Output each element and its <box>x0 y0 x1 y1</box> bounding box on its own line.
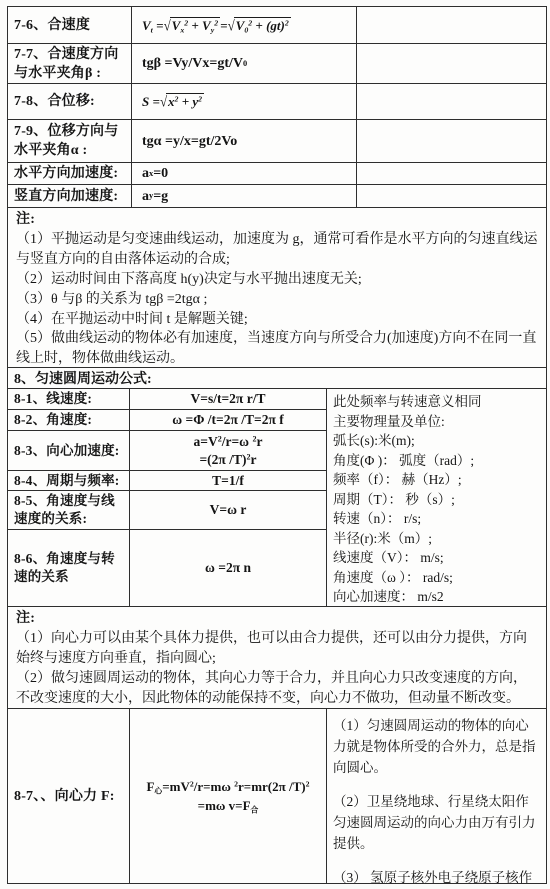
circular-motion-table: 8-1、线速度: V=s/t=2π r/T 此处频率与转速意义相同 主要物理量及… <box>8 388 546 606</box>
formula-7-6-radicand-1: Vx2 + Vy2 <box>170 17 220 35</box>
row-label-8-1: 8-1、线速度: <box>8 389 129 409</box>
sqrt-term: √x2 + y2 <box>160 92 204 111</box>
formula-8-5: V=ω r <box>129 490 326 529</box>
note-item-1: （1）平抛运动是匀变速曲线运动，加速度为 g，通常可看作是水平方向的匀速直线运与… <box>16 230 538 270</box>
radical-icon: √ <box>228 14 235 35</box>
formula-8-3-line-1: a=V2/r=ω 2r <box>194 433 263 451</box>
note-item-4: （4）在平抛运动中时间 t 是解题关键; <box>16 310 538 330</box>
formula-8-3-line-2: =(2π /T)2r <box>199 451 256 469</box>
formula-8-7-line-2: =mω v=F合 <box>198 796 259 815</box>
section-8-header: 8、匀速圆周运动公式: <box>8 367 546 388</box>
row-label-vertical-acceleration: 竖直方向加速度: <box>8 184 131 207</box>
side-panel-line-2: 主要物理量及单位: <box>333 412 540 432</box>
sqrt-term-1: √Vx2 + Vy2 <box>164 16 221 35</box>
formula-8-3: a=V2/r=ω 2r =(2π /T)2r <box>129 430 326 470</box>
formula-8-7-line-1: F心=mV2/r=mω 2r=mr(2π /T)2 <box>146 777 309 796</box>
formula-8-7: F心=mV2/r=mω 2r=mr(2π /T)2 =mω v=F合 <box>129 709 326 883</box>
notes-title: 注: <box>16 210 538 230</box>
side-panel-line-4: 角度(Φ )： 弧度（rad）; <box>333 451 540 471</box>
physics-formula-sheet: 7-6、合速度 Vt = √Vx2 + Vy2 = √V02 + (gt)2 7… <box>7 6 547 884</box>
row-label-horizontal-acceleration: 水平方向加速度: <box>8 162 131 184</box>
projectile-table: 7-6、合速度 Vt = √Vx2 + Vy2 = √V02 + (gt)2 7… <box>8 7 546 207</box>
formula-ay: ay=g <box>131 184 356 207</box>
note-item-3: （3）θ 与β 的关系为 tgβ =2tgα ; <box>16 290 538 310</box>
notes-projectile: 注: （1）平抛运动是匀变速曲线运动，加速度为 g，通常可看作是水平方向的匀速直… <box>8 207 546 367</box>
centripetal-force-row: 8-7、、向心力 F: F心=mV2/r=mω 2r=mr(2π /T)2 =m… <box>8 708 546 883</box>
side-panel-line-1: 此处频率与转速意义相同 <box>333 392 540 412</box>
formula-ax: ax=0 <box>131 162 356 184</box>
radical-icon: √ <box>160 91 167 112</box>
row-label-7-8: 7-8、合位移: <box>8 83 131 119</box>
note-item-2: （2）做匀速圆周运动的物体，其向心力等于合力，并且向心力只改变速度的方向，不改变… <box>16 669 538 708</box>
formula-7-6-lead: Vt = <box>142 16 164 35</box>
formula-8-4: T=1/f <box>129 470 326 490</box>
formula-7-6: Vt = √Vx2 + Vy2 = √V02 + (gt)2 <box>131 7 356 43</box>
note-item-1: （1）向心力可以由某个具体力提供，也可以由合力提供，还可以由分力提供，方向始终与… <box>16 629 538 669</box>
row-label-8-6: 8-6、角速度与转速的关系 <box>8 529 129 606</box>
empty-cell <box>356 162 546 184</box>
side-panel-line-7: 转速（n）： r/s; <box>333 509 540 529</box>
formula-7-9: tgα =y/x=gt/2Vo <box>131 119 356 162</box>
force-notes-panel: （1）匀速圆周运动的物体的向心力就是物体所受的合外力，总是指向圆心。 （2）卫星… <box>326 709 546 883</box>
empty-cell <box>356 43 546 83</box>
side-panel-line-9: 线速度（V）： m/s; <box>333 548 540 568</box>
formula-7-6-radicand-2: V02 + (gt)2 <box>234 17 291 35</box>
formula-7-6-equals: = <box>220 16 227 35</box>
formula-8-2: ω =Φ /t=2π /T=2π f <box>129 409 326 430</box>
note-item-2: （2）运动时间由下落高度 h(y)决定与水平抛出速度无关; <box>16 270 538 290</box>
empty-cell <box>356 119 546 162</box>
side-panel-line-3: 弧长(s):米(m); <box>333 431 540 451</box>
formula-7-8-radicand: x2 + y2 <box>166 93 204 111</box>
formula-7-7: tgβ =Vy/Vx=gt/V0 <box>131 43 356 83</box>
row-label-8-5: 8-5、角速度与线速度的关系: <box>8 490 129 529</box>
side-panel-line-11: 向心加速度： m/s2 <box>333 587 540 606</box>
formula-7-8-lead: S = <box>142 92 160 111</box>
quantities-side-panel: 此处频率与转速意义相同 主要物理量及单位: 弧长(s):米(m); 角度(Φ )… <box>326 389 546 606</box>
side-panel-line-10: 角速度（ω ）： rad/s; <box>333 568 540 588</box>
empty-cell <box>356 7 546 43</box>
row-label-8-3: 8-3、向心加速度: <box>8 430 129 470</box>
force-note-1: （1）匀速圆周运动的物体的向心力就是物体所受的合外力，总是指向圆心。 <box>333 715 540 778</box>
force-note-3: （3） 氢原子核外电子绕原子核作 <box>333 867 540 883</box>
side-panel-line-6: 周期（T）： 秒（s）; <box>333 490 540 510</box>
radical-icon: √ <box>164 14 171 35</box>
sqrt-term-2: √V02 + (gt)2 <box>228 16 291 35</box>
row-label-7-9: 7-9、位移方向与水平夹角α : <box>8 119 131 162</box>
notes-circular: 注: （1）向心力可以由某个具体力提供，也可以由合力提供，还可以由分力提供，方向… <box>8 606 546 708</box>
row-label-7-7: 7-7、合速度方向与水平夹角β : <box>8 43 131 83</box>
row-label-8-4: 8-4、周期与频率: <box>8 470 129 490</box>
empty-cell <box>356 184 546 207</box>
formula-8-1: V=s/t=2π r/T <box>129 389 326 409</box>
notes-title: 注: <box>16 609 538 629</box>
empty-cell <box>356 83 546 119</box>
note-item-5: （5）做曲线运动的物体必有加速度，当速度方向与所受合力(加速度)方向不在同一直线… <box>16 329 538 367</box>
formula-7-8: S = √x2 + y2 <box>131 83 356 119</box>
side-panel-line-8: 半径(r):米（m）; <box>333 529 540 549</box>
side-panel-line-5: 频率（f）： 赫（Hz）; <box>333 470 540 490</box>
formula-8-6: ω =2π n <box>129 529 326 606</box>
force-note-2: （2）卫星绕地球、行星绕太阳作匀速圆周运动的向心力由万有引力提供。 <box>333 791 540 854</box>
row-label-8-7: 8-7、、向心力 F: <box>8 709 129 883</box>
row-label-7-6: 7-6、合速度 <box>8 7 131 43</box>
row-label-8-2: 8-2、角速度: <box>8 409 129 430</box>
